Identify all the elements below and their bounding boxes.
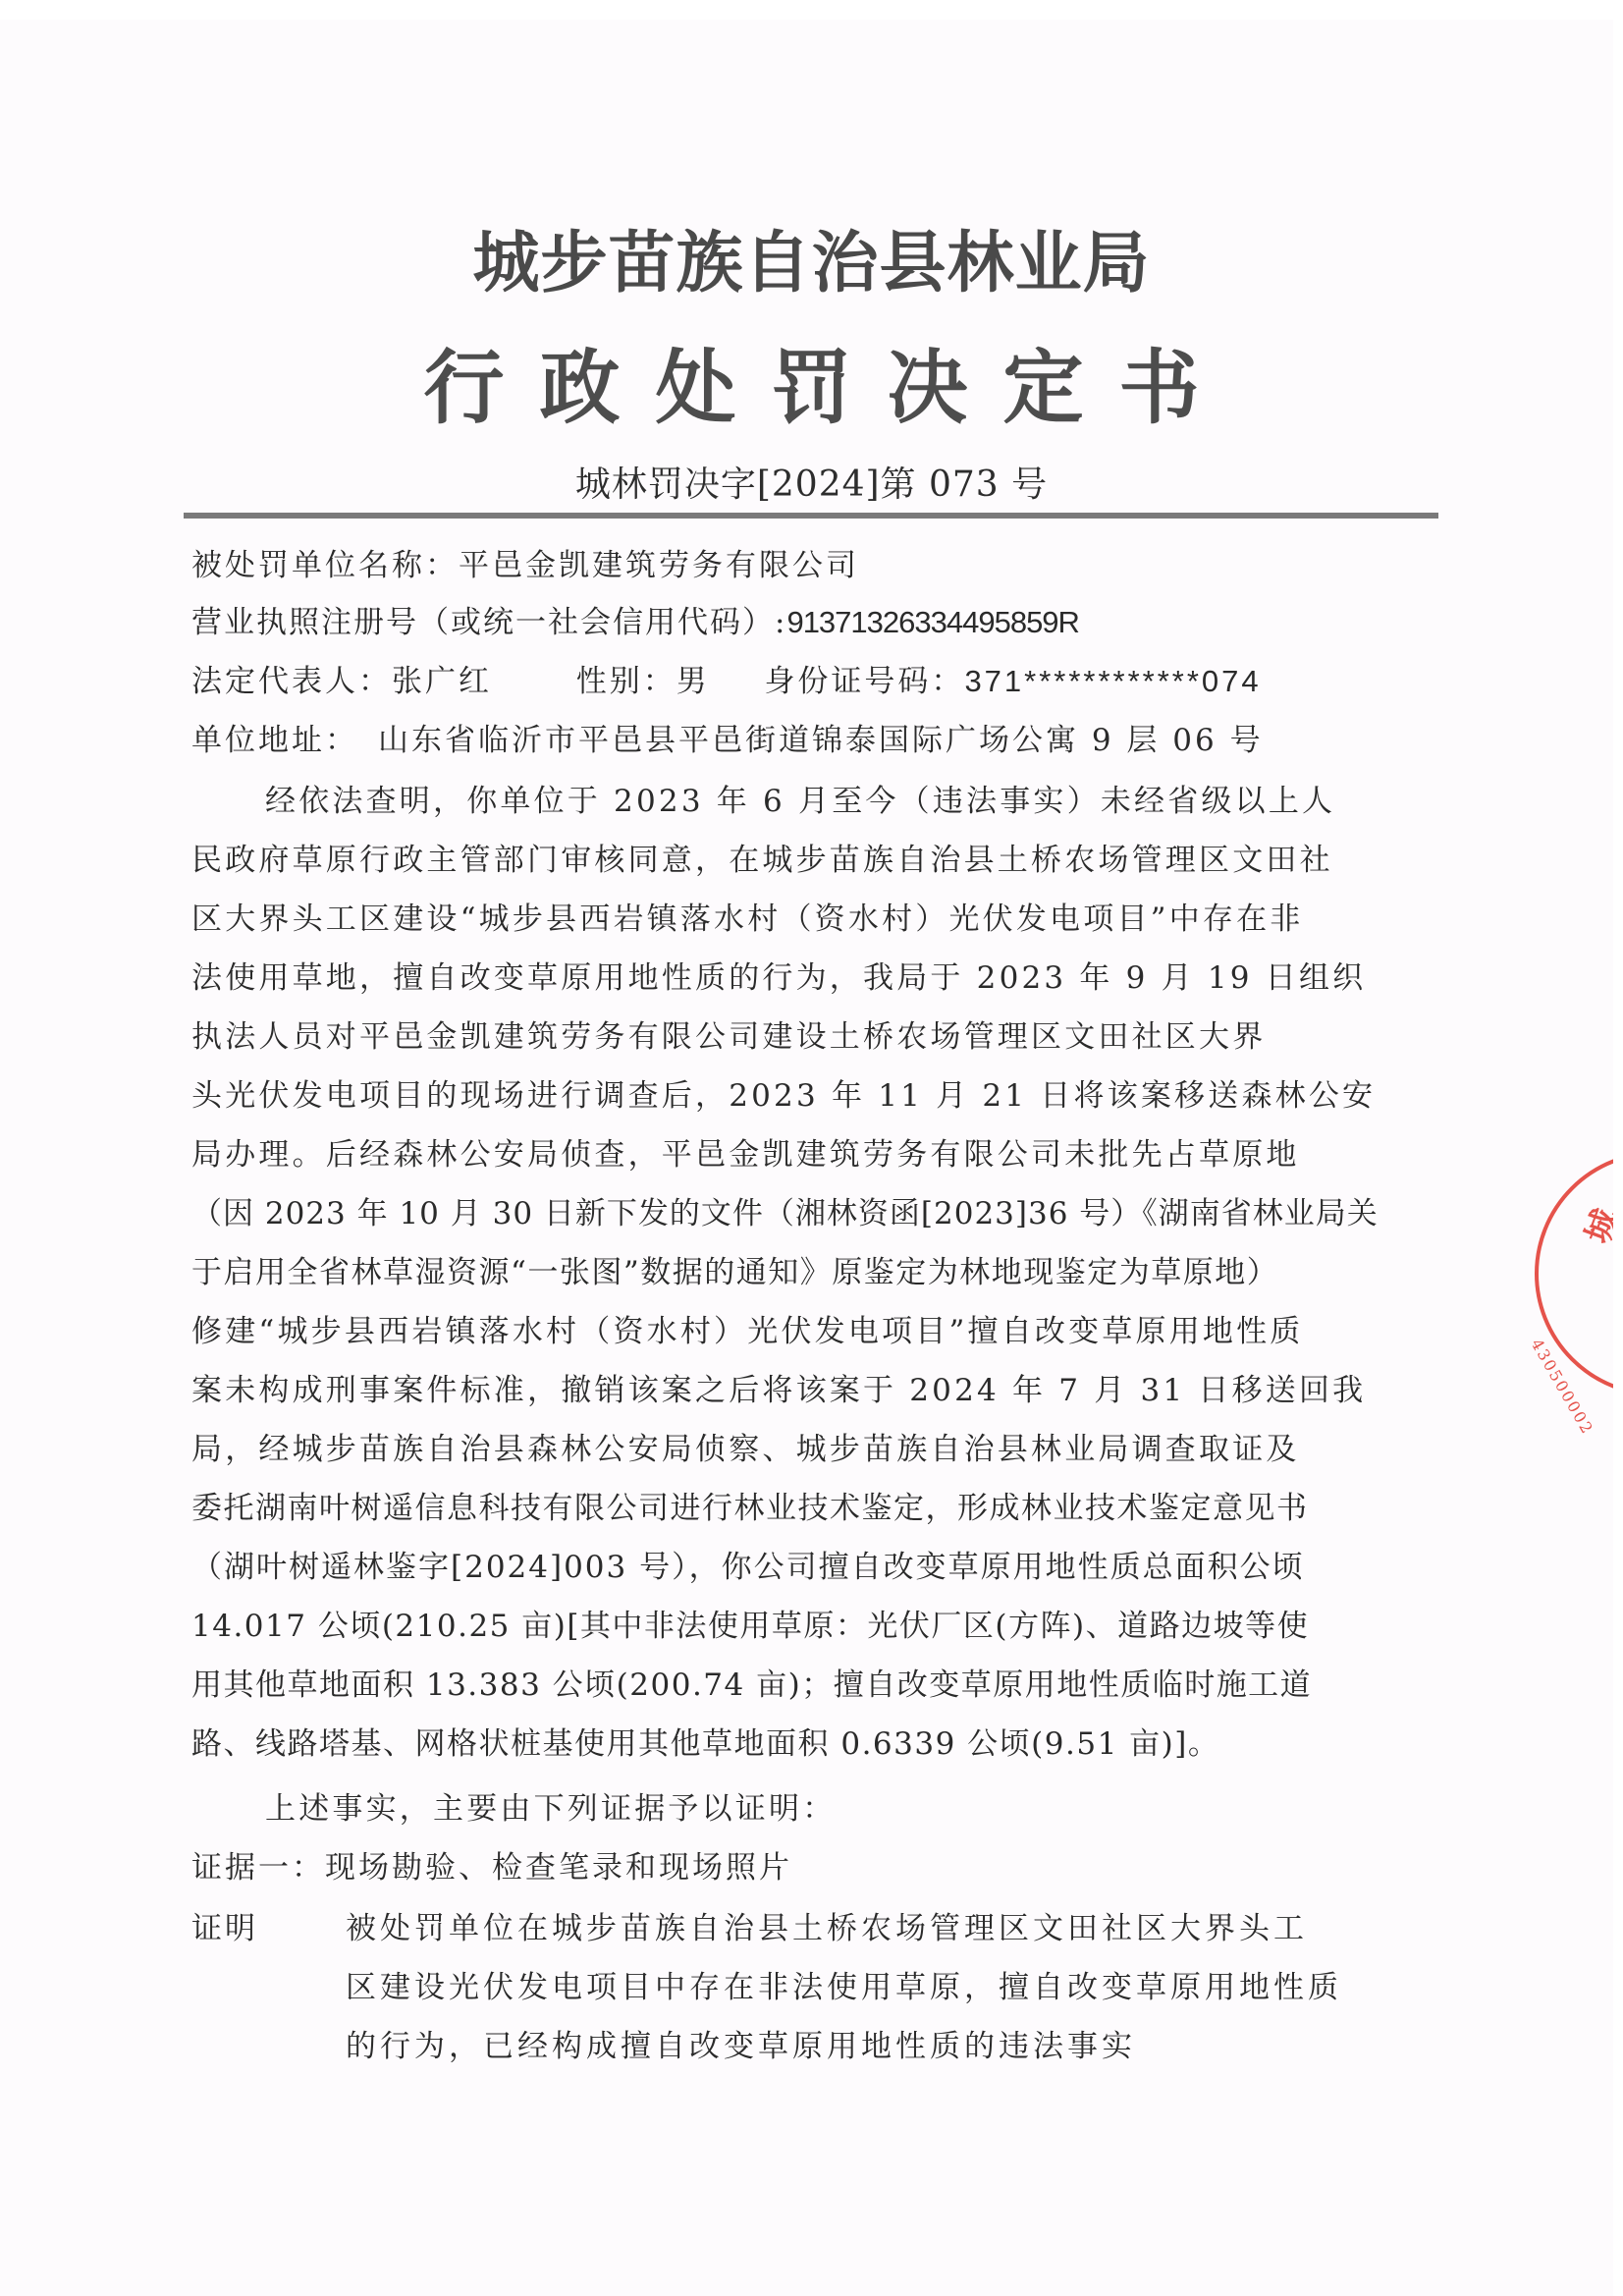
body-line: 区大界头工区建设“城步县西岩镇落水村（资水村）光伏发电项目”中存在非 bbox=[191, 900, 1438, 939]
proof-line: 区建设光伏发电项目中存在非法使用草原，擅自改变草原用地性质 bbox=[346, 1968, 1342, 2007]
scan-margin-right bbox=[1613, 0, 1623, 2296]
evidence-1-value: 现场勘验、检查笔录和现场照片 bbox=[325, 1850, 792, 1886]
legal-rep-value: 张广红 bbox=[392, 664, 492, 699]
body-line: （因 2023 年 10 月 30 日新下发的文件（湘林资函[2023]36 号… bbox=[191, 1194, 1438, 1233]
unit-name-value: 平邑金凯建筑劳务有限公司 bbox=[459, 548, 859, 583]
body-line: 用其他草地面积 13.383 公顷(200.74 亩)；擅自改变草原用地性质临时… bbox=[191, 1666, 1438, 1705]
proof-line: 被处罚单位在城步苗族自治县土桥农场管理区文田社区大界头工 bbox=[346, 1909, 1308, 1948]
evidence-1-row: 证据一：现场勘验、检查笔录和现场照片 bbox=[191, 1848, 792, 1887]
gender-label: 性别： bbox=[576, 664, 676, 699]
legal-rep-label: 法定代表人： bbox=[191, 664, 392, 699]
body-line: 民政府草原行政主管部门审核同意，在城步苗族自治县土桥农场管理区文田社 bbox=[191, 841, 1438, 880]
header-divider bbox=[184, 513, 1438, 519]
evidence-intro: 上述事实，主要由下列证据予以证明： bbox=[265, 1789, 1512, 1829]
body-line: 执法人员对平邑金凯建筑劳务有限公司建设土桥农场管理区文田社区大界 bbox=[191, 1017, 1438, 1057]
body-line: 路、线路塔基、网格状桩基使用其他草地面积 0.6339 公顷(9.51 亩)]。 bbox=[191, 1724, 1438, 1764]
id-value: 371************074 bbox=[964, 664, 1261, 698]
body-line: 头光伏发电项目的现场进行调查后，2023 年 11 月 21 日将该案移送森林公… bbox=[191, 1076, 1438, 1116]
body-line: 局，经城步苗族自治县森林公安局侦察、城步苗族自治县林业局调查取证及 bbox=[191, 1430, 1438, 1469]
body-line: 法使用草地，擅自改变草原用地性质的行为，我局于 2023 年 9 月 19 日组… bbox=[191, 958, 1438, 998]
body-line: 案未构成刑事案件标准，撤销该案之后将该案于 2024 年 7 月 31 日移送回… bbox=[191, 1371, 1438, 1410]
body-line: 经依法查明，你单位于 2023 年 6 月至今（违法事实）未经省级以上人 bbox=[265, 782, 1512, 821]
body-line: 于启用全省林草湿资源“一张图”数据的通知》原鉴定为林地现鉴定为草原地） bbox=[191, 1253, 1438, 1292]
body-line: 14.017 公顷(210.25 亩)[其中非法使用草原：光伏厂区(方阵)、道路… bbox=[191, 1607, 1438, 1646]
party-address-row: 单位地址：山东省临沂市平邑县平邑街道锦泰国际广场公寓 9 层 06 号 bbox=[191, 721, 1264, 760]
body-line: 修建“城步县西岩镇落水村（资水村）光伏发电项目”擅自改变草原用地性质 bbox=[191, 1312, 1438, 1351]
license-value: 91371326334495859R bbox=[786, 605, 1078, 639]
scan-margin bbox=[0, 0, 1623, 20]
id-label: 身份证号码： bbox=[764, 664, 964, 699]
party-license-row: 营业执照注册号（或统一社会信用代码）:91371326334495859R bbox=[191, 603, 1079, 642]
proof-label: 证明 bbox=[191, 1909, 258, 1948]
party-unit-name-row: 被处罚单位名称：平邑金凯建筑劳务有限公司 bbox=[191, 546, 859, 585]
organization-title: 城步苗族自治县林业局 bbox=[0, 210, 1623, 305]
evidence-1-label: 证据一： bbox=[191, 1850, 325, 1886]
address-value: 山东省临沂市平邑县平邑街道锦泰国际广场公寓 9 层 06 号 bbox=[378, 723, 1264, 758]
document-number: 城林罚决字[2024]第 073 号 bbox=[0, 457, 1623, 507]
license-label: 营业执照注册号（或统一社会信用代码）: bbox=[191, 605, 786, 640]
body-line: 局办理。后经森林公安局侦查，平邑金凯建筑劳务有限公司未批先占草原地 bbox=[191, 1135, 1438, 1175]
body-line: （湖叶树遥林鉴字[2024]003 号），你公司擅自改变草原用地性质总面积公顷 bbox=[191, 1548, 1438, 1587]
gender-value: 男 bbox=[676, 664, 710, 699]
document-title: 行政处罚决定书 bbox=[0, 324, 1623, 439]
body-line: 委托湖南叶树遥信息科技有限公司进行林业技术鉴定，形成林业技术鉴定意见书 bbox=[191, 1489, 1438, 1528]
address-label: 单位地址： bbox=[191, 723, 358, 758]
party-legal-rep-row: 法定代表人：张广红 性别：男 身份证号码：371************074 bbox=[191, 662, 1262, 701]
proof-line: 的行为，已经构成擅自改变草原用地性质的违法事实 bbox=[346, 2027, 1136, 2066]
unit-name-label: 被处罚单位名称： bbox=[191, 548, 459, 583]
